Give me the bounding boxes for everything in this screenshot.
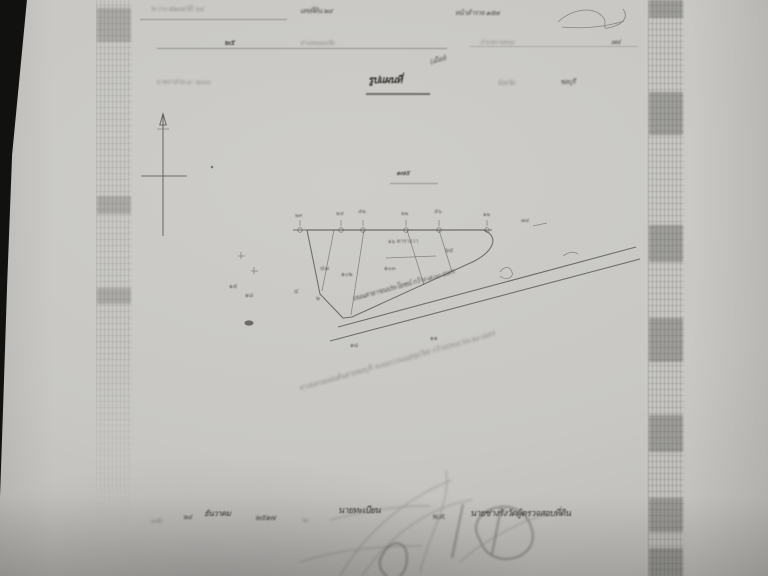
footer-day: ๒๔ [183,514,192,521]
photographed-land-deed-page: ระวาง ๕๒๓๕ III ๖๔ เลขที่ดิน ๒๔ หน้าสำรวจ… [0,0,768,576]
footer-month: ธันวาคม [204,510,230,518]
footer-fee: ๒.- [302,517,309,524]
ghost-showthrough-sketch [0,0,768,576]
footer-surveyor-line: นายช่างรังวัดผู้ตรวจสอบที่ดิน [470,510,570,519]
footer-era: พ.ศ. [432,513,445,521]
footer-year: ๒๕๑๗ [255,514,275,522]
footer-registrar: นายทะเบียน [338,507,380,516]
footer-signed-label: ลงชื่อ [150,519,162,525]
